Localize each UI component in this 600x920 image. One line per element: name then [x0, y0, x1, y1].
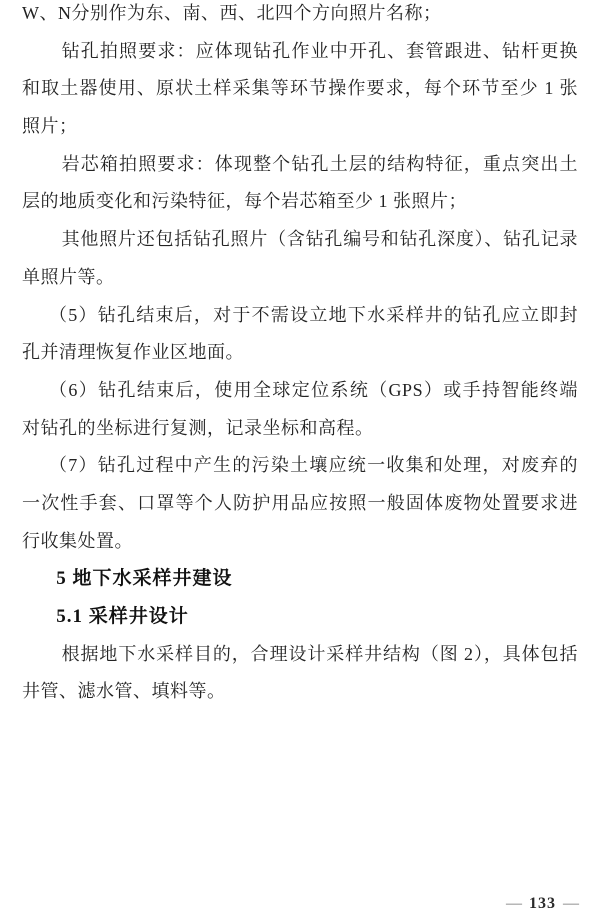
page-number-dash-left: —	[506, 895, 522, 912]
text-line: 钻孔拍照要求：应体现钻孔作业中开孔、套管跟进、钻杆更换	[22, 33, 578, 71]
text-line: 根据地下水采样目的，合理设计采样井结构（图 2），具体包括	[22, 636, 578, 674]
page-number-value: 133	[529, 895, 556, 912]
page-number: —133—	[499, 894, 586, 914]
text-line: 岩芯箱拍照要求：体现整个钻孔土层的结构特征，重点突出土	[22, 146, 578, 184]
paragraph-item-7: （7）钻孔过程中产生的污染土壤应统一收集和处理，对废弃的一次性手套、口罩等个人防…	[22, 447, 578, 560]
heading-section-5-1: 5.1 采样井设计	[22, 598, 578, 636]
text-line: 单照片等。	[22, 259, 578, 297]
text-line: （6）钻孔结束后，使用全球定位系统（GPS）或手持智能终端	[22, 372, 578, 410]
heading-section-5: 5 地下水采样井建设	[22, 560, 578, 598]
document-page: W、N分别作为东、南、西、北四个方向照片名称；钻孔拍照要求：应体现钻孔作业中开孔…	[0, 0, 600, 920]
document-text: W、N分别作为东、南、西、北四个方向照片名称；钻孔拍照要求：应体现钻孔作业中开孔…	[22, 0, 578, 711]
paragraph-item-6: （6）钻孔结束后，使用全球定位系统（GPS）或手持智能终端对钻孔的坐标进行复测，…	[22, 372, 578, 447]
text-line: W、N分别作为东、南、西、北四个方向照片名称；	[22, 0, 578, 33]
text-line: 5 地下水采样井建设	[22, 560, 578, 598]
text-line: （5）钻孔结束后，对于不需设立地下水采样井的钻孔应立即封	[22, 297, 578, 335]
paragraph-other-photos: 其他照片还包括钻孔照片（含钻孔编号和钻孔深度）、钻孔记录单照片等。	[22, 221, 578, 296]
text-line: 其他照片还包括钻孔照片（含钻孔编号和钻孔深度）、钻孔记录	[22, 221, 578, 259]
text-line: 行收集处置。	[22, 523, 578, 561]
page-number-dash-right: —	[563, 895, 579, 912]
text-line: （7）钻孔过程中产生的污染土壤应统一收集和处理，对废弃的	[22, 447, 578, 485]
text-line: 和取土器使用、原状土样采集等环节操作要求，每个环节至少 1 张	[22, 70, 578, 108]
text-line: 照片；	[22, 108, 578, 146]
paragraph-core-box-photo-requirements: 岩芯箱拍照要求：体现整个钻孔土层的结构特征，重点突出土层的地质变化和污染特征，每…	[22, 146, 578, 221]
text-line: 5.1 采样井设计	[22, 598, 578, 636]
paragraph-photo-direction-names: W、N分别作为东、南、西、北四个方向照片名称；	[22, 0, 578, 33]
text-line: 对钻孔的坐标进行复测，记录坐标和高程。	[22, 410, 578, 448]
paragraph-well-design: 根据地下水采样目的，合理设计采样井结构（图 2），具体包括井管、滤水管、填料等。	[22, 636, 578, 711]
text-line: 井管、滤水管、填料等。	[22, 673, 578, 711]
paragraph-item-5: （5）钻孔结束后，对于不需设立地下水采样井的钻孔应立即封孔并清理恢复作业区地面。	[22, 297, 578, 372]
text-line: 孔并清理恢复作业区地面。	[22, 334, 578, 372]
text-line: 层的地质变化和污染特征，每个岩芯箱至少 1 张照片；	[22, 183, 578, 221]
text-line: 一次性手套、口罩等个人防护用品应按照一般固体废物处置要求进	[22, 485, 578, 523]
paragraph-drilling-photo-requirements: 钻孔拍照要求：应体现钻孔作业中开孔、套管跟进、钻杆更换和取土器使用、原状土样采集…	[22, 33, 578, 146]
